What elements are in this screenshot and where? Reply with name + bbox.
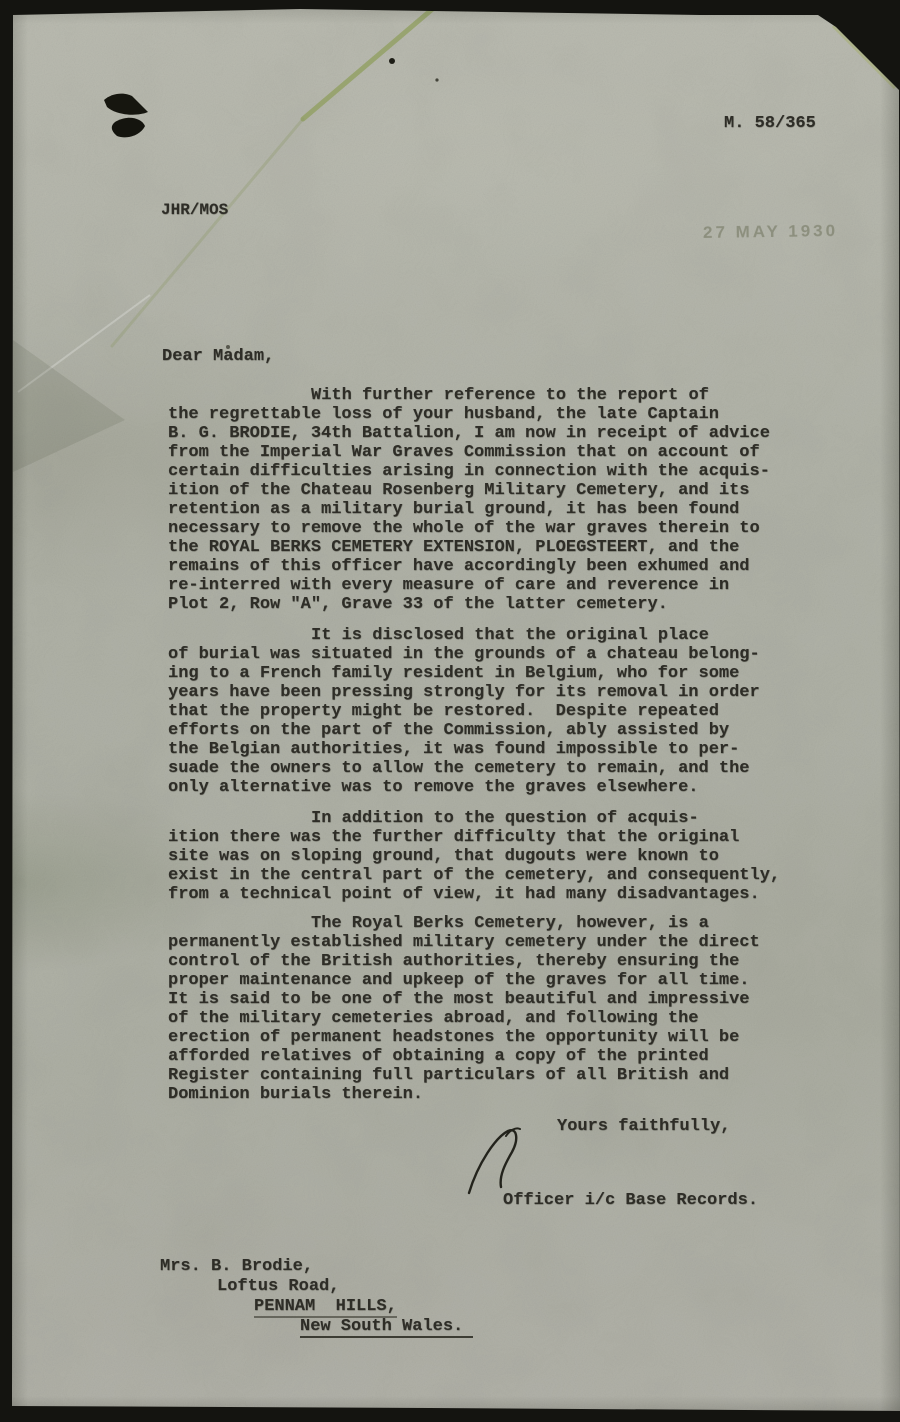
recipient-line: New South Wales. (300, 1317, 473, 1337)
signature-block-title: Officer i/c Base Records. (503, 1191, 758, 1210)
file-reference: M. 58/365 (724, 114, 816, 133)
letter-line: from the Imperial War Graves Commission … (168, 443, 828, 462)
letter-line: years have been pressing strongly for it… (168, 683, 828, 702)
recipient-address-block: Mrs. B. Brodie,Loftus Road,PENNAM HILLS,… (160, 1257, 473, 1337)
letter-line: certain difficulties arising in connecti… (168, 462, 828, 481)
letter-line: Plot 2, Row "A", Grave 33 of the latter … (168, 595, 828, 614)
recipient-line: PENNAM HILLS, (254, 1297, 473, 1317)
salutation: Dear Madam, (162, 347, 274, 366)
letter-line: the Belgian authorities, it was found im… (168, 740, 828, 759)
letter-line: from a technical point of view, it had m… (168, 885, 828, 904)
letter-line: permanently established military cemeter… (168, 933, 828, 952)
letter-line: remains of this officer have accordingly… (168, 557, 828, 576)
closing-valediction: Yours faithfully, (557, 1117, 730, 1136)
scanned-letter-page: M. 58/365 JHR/MOS 27 MAY 1930 Dear Madam… (0, 0, 900, 1422)
letter-line: The Royal Berks Cemetery, however, is a (168, 914, 828, 933)
letter-line: that the property might be restored. Des… (168, 702, 828, 721)
letter-line: Register containing full particulars of … (168, 1066, 828, 1085)
recipient-line: Loftus Road, (217, 1277, 473, 1297)
letter-line: efforts on the part of the Commission, a… (168, 721, 828, 740)
letter-line: retention as a military burial ground, i… (168, 500, 828, 519)
letter-line: ition there was the further difficulty t… (168, 828, 828, 847)
letter-line: the ROYAL BERKS CEMETERY EXTENSION, PLOE… (168, 538, 828, 557)
letter-line: of burial was situated in the grounds of… (168, 645, 828, 664)
letter-line: afforded relatives of obtaining a copy o… (168, 1047, 828, 1066)
letter-line: re-interred with every measure of care a… (168, 576, 828, 595)
letter-line: ition of the Chateau Rosenberg Military … (168, 481, 828, 500)
letter-line: only alternative was to remove the grave… (168, 778, 828, 797)
letter-line: It is said to be one of the most beautif… (168, 990, 828, 1009)
letter-line: It is disclosed that the original place (168, 626, 828, 645)
letter-line: In addition to the question of acquis- (168, 809, 828, 828)
letter-body: With further reference to the report oft… (168, 386, 828, 1121)
paper-sheet: M. 58/365 JHR/MOS 27 MAY 1930 Dear Madam… (0, 0, 900, 1422)
letter-line: the regrettable loss of your husband, th… (168, 405, 828, 424)
letter-line: suade the owners to allow the cemetery t… (168, 759, 828, 778)
letter-line: ing to a French family resident in Belgi… (168, 664, 828, 683)
date-stamp: 27 MAY 1930 (703, 221, 838, 243)
letter-line: control of the British authorities, ther… (168, 952, 828, 971)
letter-line: With further reference to the report of (168, 386, 828, 405)
paragraph-3: In addition to the question of acquis-it… (168, 809, 828, 904)
letter-line: erection of permanent headstones the opp… (168, 1028, 828, 1047)
paragraph-1: With further reference to the report oft… (168, 386, 828, 614)
letter-line: exist in the central part of the cemeter… (168, 866, 828, 885)
paragraph-2: It is disclosed that the original placeo… (168, 626, 828, 797)
typist-initials: JHR/MOS (161, 201, 228, 219)
paragraph-4: The Royal Berks Cemetery, however, is ap… (168, 914, 828, 1104)
letter-line: necessary to remove the whole of the war… (168, 519, 828, 538)
recipient-line: Mrs. B. Brodie, (160, 1257, 473, 1277)
letter-line: site was on sloping ground, that dugouts… (168, 847, 828, 866)
letter-line: B. G. BRODIE, 34th Battalion, I am now i… (168, 424, 828, 443)
letter-line: Dominion burials therein. (168, 1085, 828, 1104)
letter-line: of the military cemeteries abroad, and f… (168, 1009, 828, 1028)
letter-line: proper maintenance and upkeep of the gra… (168, 971, 828, 990)
